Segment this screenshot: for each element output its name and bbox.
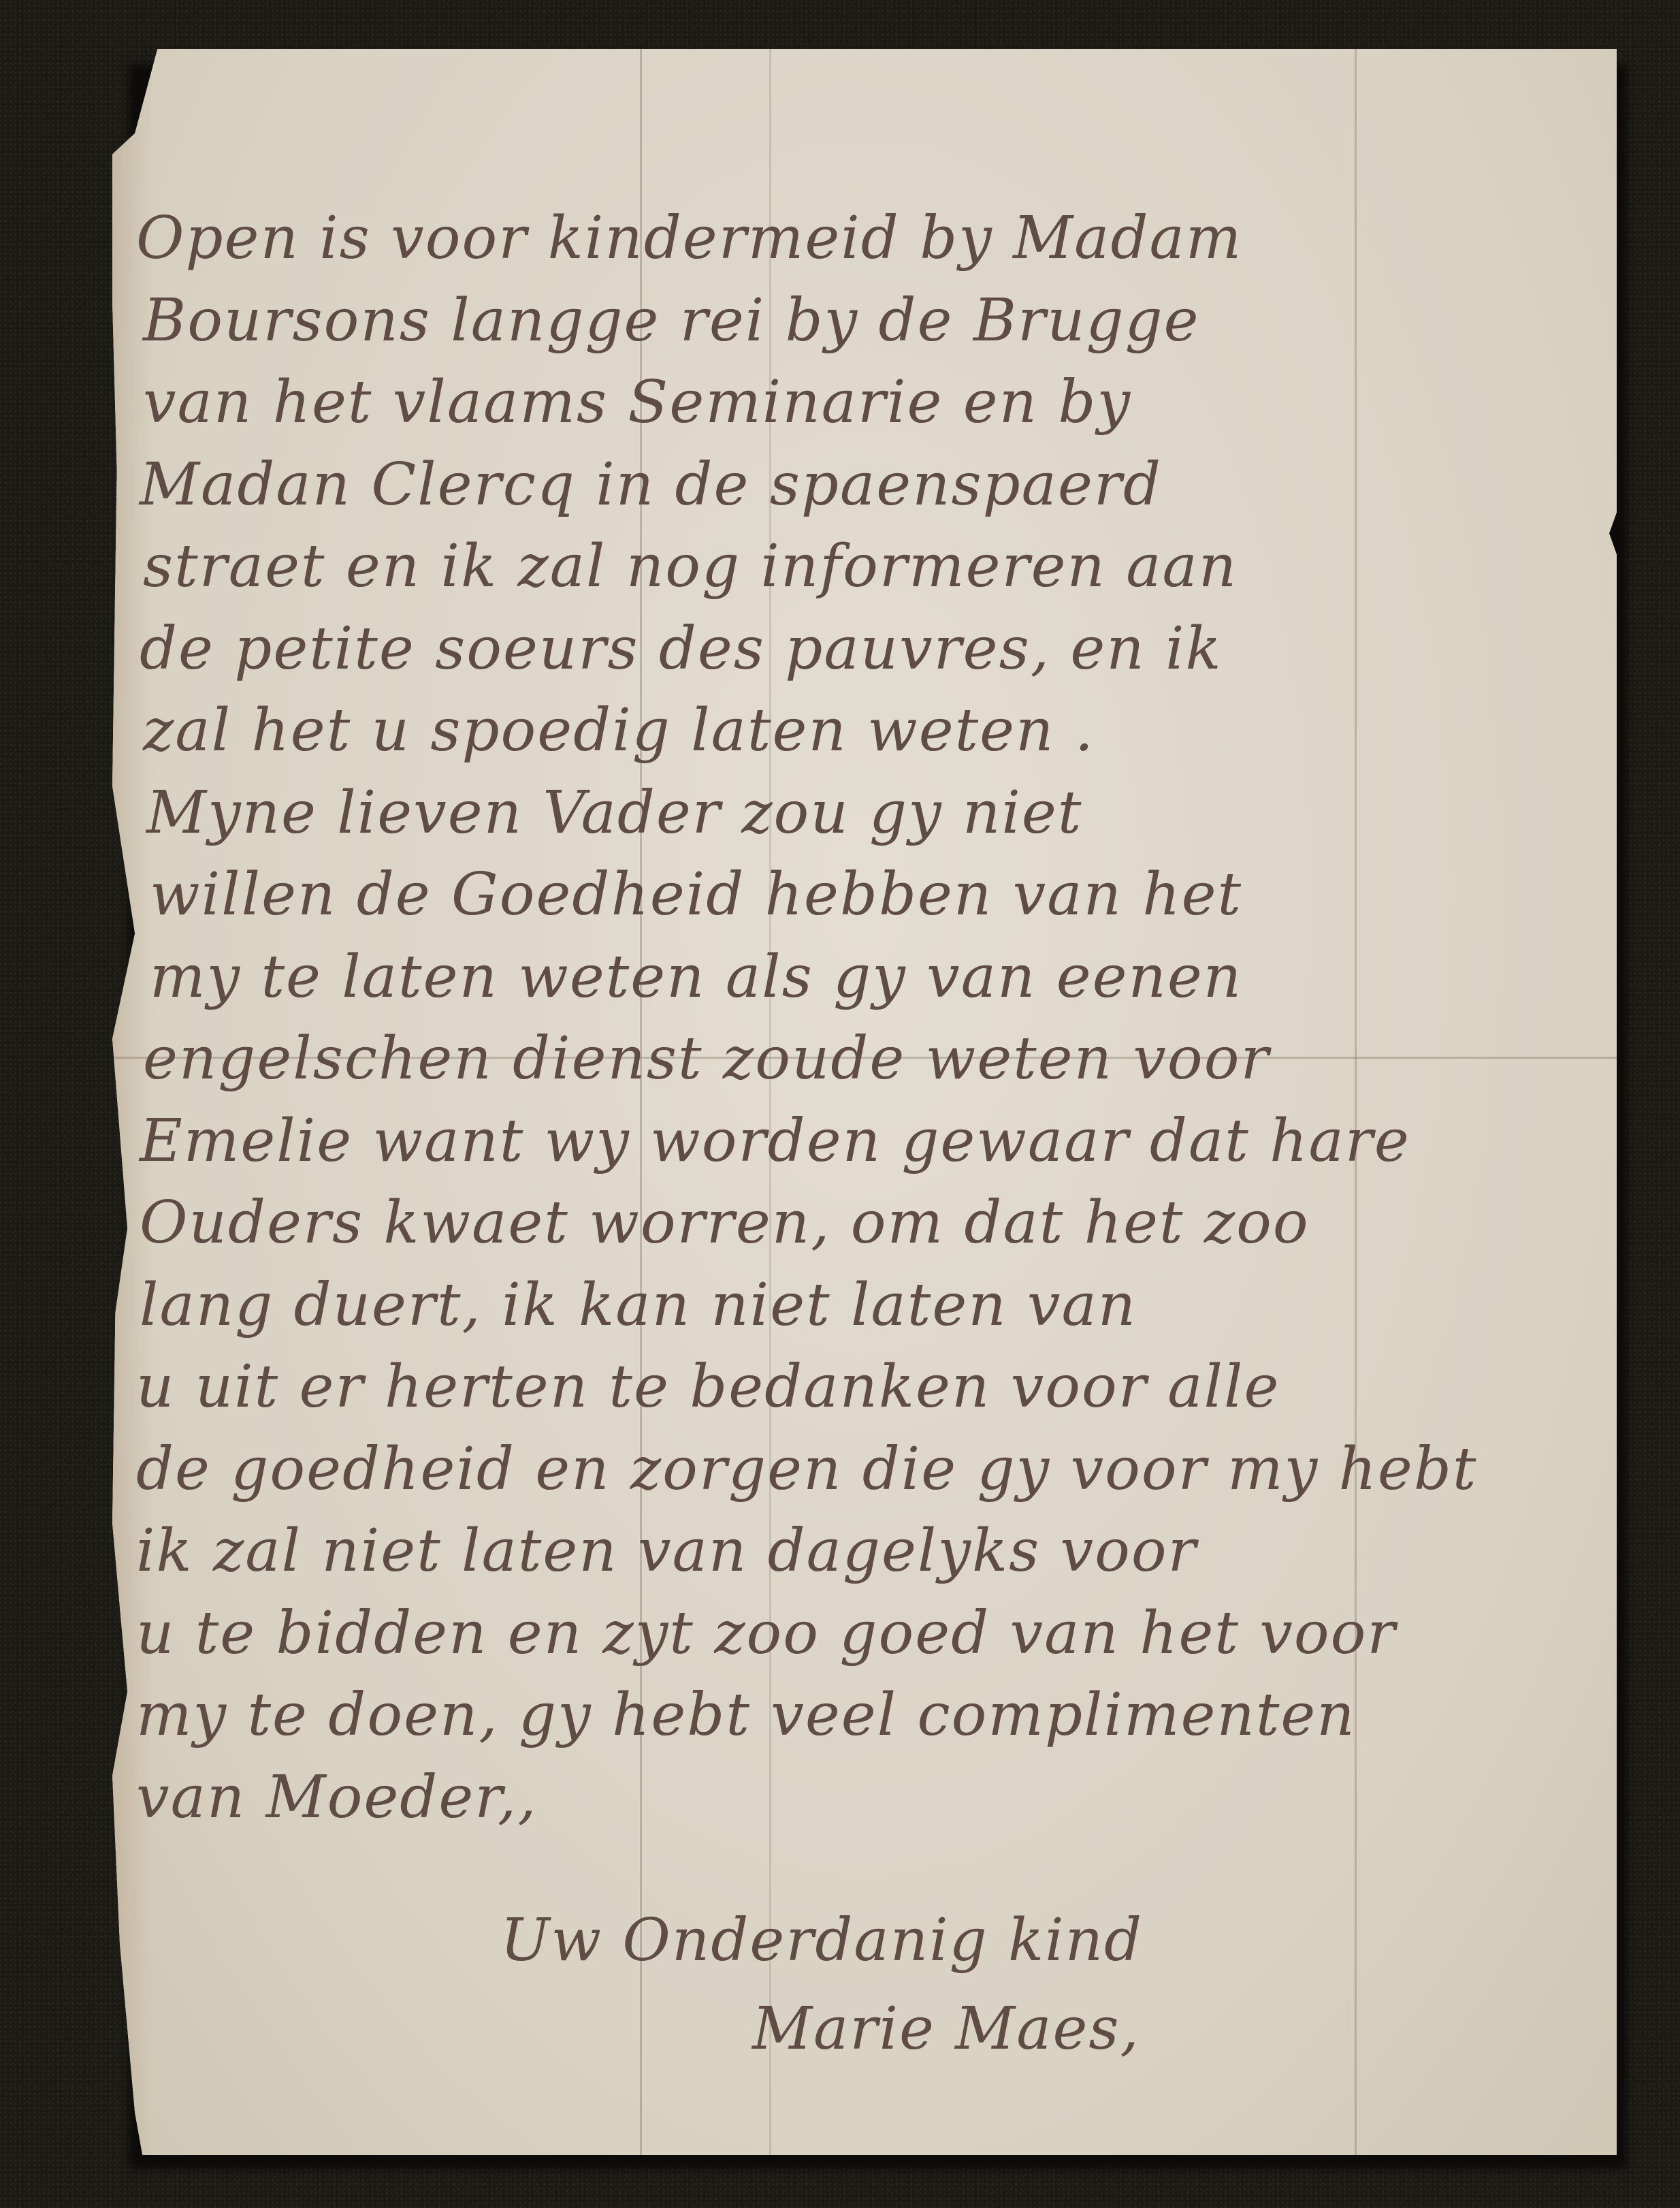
letter-signature: Marie Maes,: [752, 1988, 1140, 2070]
letter-line: Myne lieven Vader zou gy niet: [136, 772, 1593, 854]
letter-body: Open is voor kindermeid by Madam Bourson…: [136, 197, 1593, 1838]
letter-line: Ouders kwaet worren, om dat het zoo: [136, 1182, 1593, 1264]
letter-line: my te doen, gy hebt veel complimenten: [136, 1674, 1593, 1757]
letter-line: de goedheid en zorgen die gy voor my heb…: [136, 1428, 1593, 1511]
letter-line: willen de Goedheid hebben van het: [136, 854, 1593, 936]
letter-line: lang duert, ik kan niet laten van: [136, 1264, 1593, 1347]
letter-line: zal het u spoedig laten weten .: [136, 690, 1593, 772]
letter-line: van Moeder,,: [136, 1757, 1593, 1839]
letter-line: Boursons langge rei by de Brugge: [136, 280, 1593, 362]
letter-line: my te laten weten als gy van eenen: [136, 936, 1593, 1019]
letter-line: u te bidden en zyt zoo goed van het voor: [136, 1593, 1593, 1675]
letter-line: van het vlaams Seminarie en by: [136, 362, 1593, 444]
letter-line: u uit er herten te bedanken voor alle: [136, 1346, 1593, 1428]
letter-line: Open is voor kindermeid by Madam: [136, 197, 1593, 280]
letter-closing: Uw Onderdanig kind: [500, 1900, 1143, 1981]
letter-line: straet en ik zal nog informeren aan: [136, 526, 1593, 608]
letter-line: Madan Clercq in de spaenspaerd: [136, 444, 1593, 526]
letter-line: Emelie want wy worden gewaar dat hare: [136, 1100, 1593, 1183]
letter-line: ik zal niet laten van dagelyks voor: [136, 1510, 1593, 1593]
letter-line: de petite soeurs des pauvres, en ik: [136, 608, 1593, 690]
letter-line: engelschen dienst zoude weten voor: [136, 1018, 1593, 1100]
